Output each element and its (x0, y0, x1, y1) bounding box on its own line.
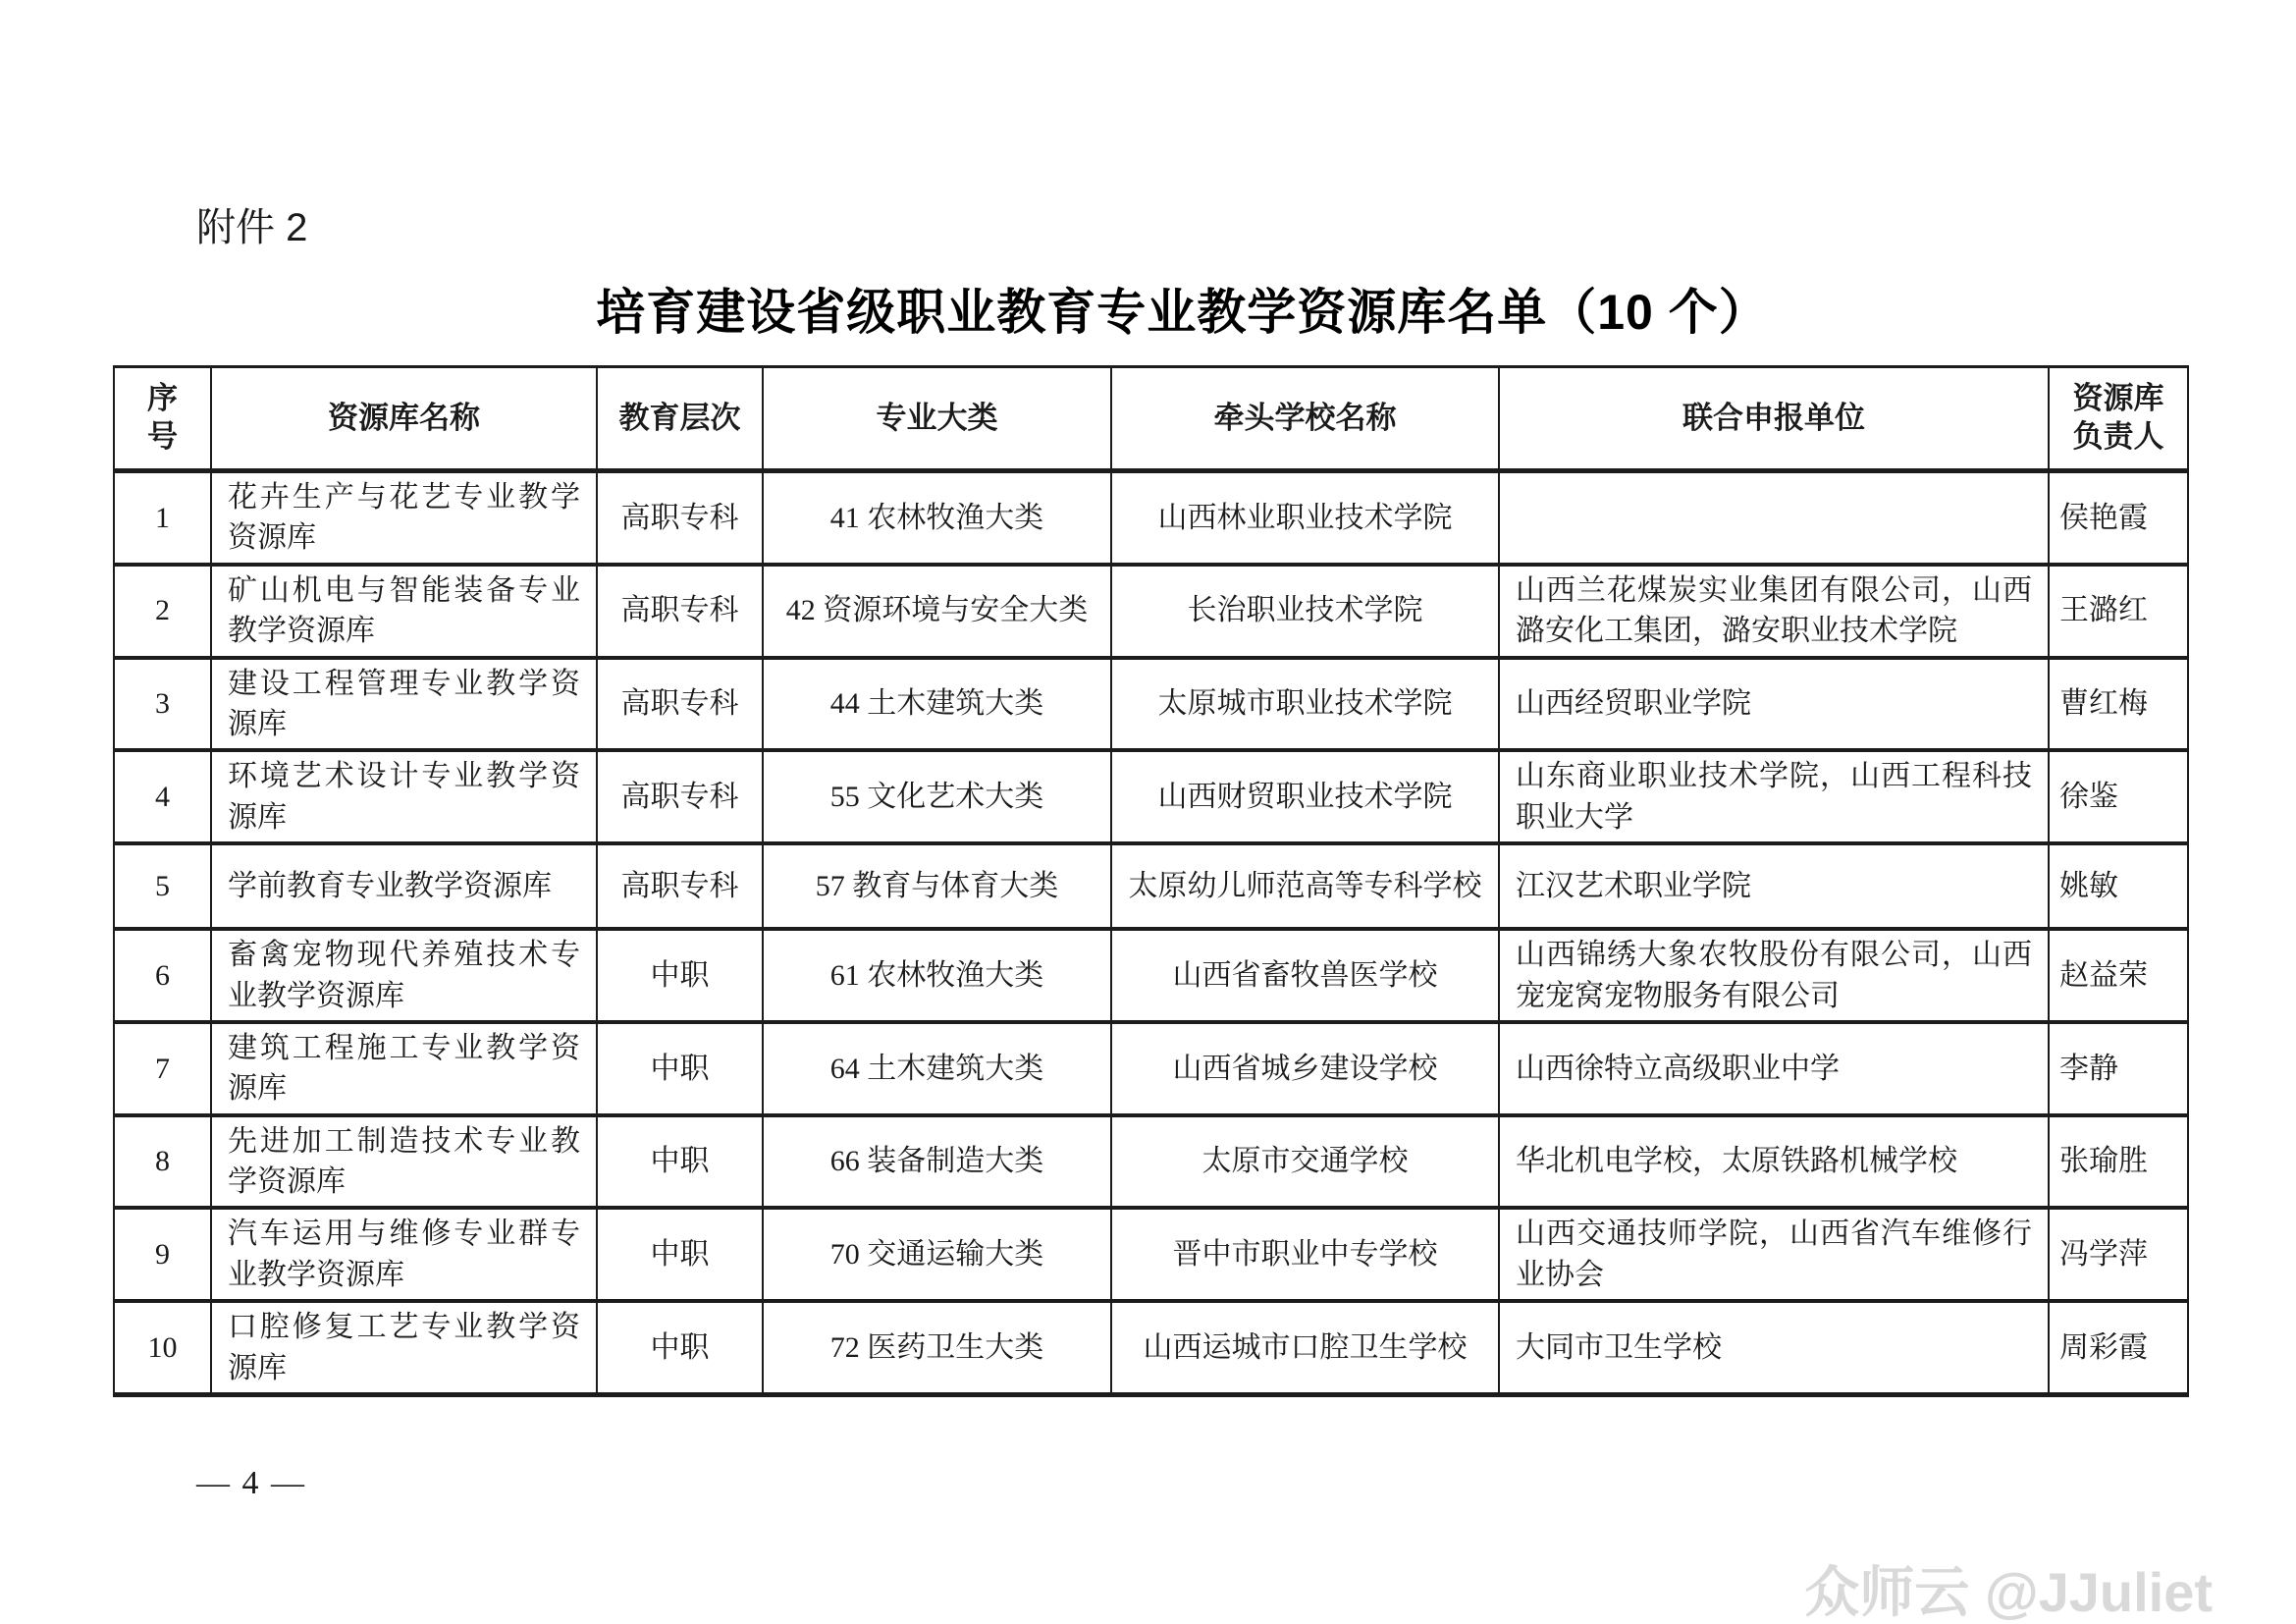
cell-education-level: 中职 (597, 1208, 763, 1301)
table-row: 8 先进加工制造技术专业教学资源库 中职 66 装备制造大类 太原市交通学校 华… (114, 1115, 2188, 1209)
cell-joint-units (1499, 471, 2049, 565)
cell-serial-number: 7 (114, 1022, 211, 1115)
cell-resource-name: 畜禽宠物现代养殖技术专业教学资源库 (211, 929, 597, 1022)
cell-education-level: 中职 (597, 1301, 763, 1394)
cell-person-in-charge: 冯学萍 (2049, 1208, 2188, 1301)
cell-joint-units: 山东商业职业技术学院，山西工程科技职业大学 (1499, 750, 2049, 843)
cell-major-category: 44 土木建筑大类 (763, 658, 1111, 751)
table-row: 1 花卉生产与花艺专业教学资源库 高职专科 41 农林牧渔大类 山西林业职业技术… (114, 471, 2188, 565)
cell-education-level: 中职 (597, 1115, 763, 1209)
cell-person-in-charge: 李静 (2049, 1022, 2188, 1115)
cell-lead-school: 山西林业职业技术学院 (1111, 471, 1499, 565)
cell-major-category: 70 交通运输大类 (763, 1208, 1111, 1301)
cell-lead-school: 太原市交通学校 (1111, 1115, 1499, 1209)
cell-lead-school: 太原幼儿师范高等专科学校 (1111, 843, 1499, 929)
cell-person-in-charge: 姚敏 (2049, 843, 2188, 929)
cell-lead-school: 太原城市职业技术学院 (1111, 658, 1499, 751)
table-row: 5 学前教育专业教学资源库 高职专科 57 教育与体育大类 太原幼儿师范高等专科… (114, 843, 2188, 929)
cell-joint-units: 山西徐特立高级职业中学 (1499, 1022, 2049, 1115)
page-number: — 4 — (196, 1465, 306, 1502)
cell-serial-number: 6 (114, 929, 211, 1022)
cell-lead-school: 山西财贸职业技术学院 (1111, 750, 1499, 843)
cell-resource-name: 矿山机电与智能装备专业教学资源库 (211, 565, 597, 658)
table-row: 10 口腔修复工艺专业教学资源库 中职 72 医药卫生大类 山西运城市口腔卫生学… (114, 1301, 2188, 1394)
cell-person-in-charge: 徐鉴 (2049, 750, 2188, 843)
cell-resource-name: 先进加工制造技术专业教学资源库 (211, 1115, 597, 1209)
header-lead-school: 牵头学校名称 (1111, 367, 1499, 471)
cell-person-in-charge: 赵益荣 (2049, 929, 2188, 1022)
cell-resource-name: 学前教育专业教学资源库 (211, 843, 597, 929)
cell-resource-name: 汽车运用与维修专业群专业教学资源库 (211, 1208, 597, 1301)
table-row: 4 环境艺术设计专业教学资源库 高职专科 55 文化艺术大类 山西财贸职业技术学… (114, 750, 2188, 843)
header-education-level: 教育层次 (597, 367, 763, 471)
cell-education-level: 高职专科 (597, 843, 763, 929)
cell-joint-units: 山西兰花煤炭实业集团有限公司，山西潞安化工集团，潞安职业技术学院 (1499, 565, 2049, 658)
cell-person-in-charge: 曹红梅 (2049, 658, 2188, 751)
cell-major-category: 57 教育与体育大类 (763, 843, 1111, 929)
cell-lead-school: 长治职业技术学院 (1111, 565, 1499, 658)
header-resource-name: 资源库名称 (211, 367, 597, 471)
cell-major-category: 42 资源环境与安全大类 (763, 565, 1111, 658)
cell-serial-number: 4 (114, 750, 211, 843)
cell-education-level: 中职 (597, 1022, 763, 1115)
cell-major-category: 61 农林牧渔大类 (763, 929, 1111, 1022)
cell-joint-units: 江汉艺术职业学院 (1499, 843, 2049, 929)
cell-major-category: 66 装备制造大类 (763, 1115, 1111, 1209)
cell-education-level: 高职专科 (597, 658, 763, 751)
cell-education-level: 中职 (597, 929, 763, 1022)
cell-serial-number: 9 (114, 1208, 211, 1301)
header-person-in-charge: 资源库 负责人 (2049, 367, 2188, 471)
cell-person-in-charge: 张瑜胜 (2049, 1115, 2188, 1209)
cell-serial-number: 8 (114, 1115, 211, 1209)
table-row: 6 畜禽宠物现代养殖技术专业教学资源库 中职 61 农林牧渔大类 山西省畜牧兽医… (114, 929, 2188, 1022)
cell-serial-number: 2 (114, 565, 211, 658)
cell-lead-school: 山西省畜牧兽医学校 (1111, 929, 1499, 1022)
header-serial-number: 序 号 (114, 367, 211, 471)
cell-resource-name: 口腔修复工艺专业教学资源库 (211, 1301, 597, 1394)
cell-joint-units: 华北机电学校，太原铁路机械学校 (1499, 1115, 2049, 1209)
table-row: 3 建设工程管理专业教学资源库 高职专科 44 土木建筑大类 太原城市职业技术学… (114, 658, 2188, 751)
cell-joint-units: 大同市卫生学校 (1499, 1301, 2049, 1394)
table-row: 2 矿山机电与智能装备专业教学资源库 高职专科 42 资源环境与安全大类 长治职… (114, 565, 2188, 658)
cell-resource-name: 建筑工程施工专业教学资源库 (211, 1022, 597, 1115)
table-row: 9 汽车运用与维修专业群专业教学资源库 中职 70 交通运输大类 晋中市职业中专… (114, 1208, 2188, 1301)
cell-joint-units: 山西锦绣大象农牧股份有限公司，山西宠宠窝宠物服务有限公司 (1499, 929, 2049, 1022)
cell-serial-number: 1 (114, 471, 211, 565)
cell-resource-name: 花卉生产与花艺专业教学资源库 (211, 471, 597, 565)
cell-major-category: 55 文化艺术大类 (763, 750, 1111, 843)
cell-major-category: 64 土木建筑大类 (763, 1022, 1111, 1115)
cell-serial-number: 10 (114, 1301, 211, 1394)
cell-person-in-charge: 周彩霞 (2049, 1301, 2188, 1394)
cell-education-level: 高职专科 (597, 750, 763, 843)
document-page: 附件 2 培育建设省级职业教育专业教学资源库名单（10 个） 序 号 资源库名称… (0, 0, 2296, 1624)
attachment-label: 附件 2 (196, 206, 307, 249)
cell-resource-name: 建设工程管理专业教学资源库 (211, 658, 597, 751)
cell-lead-school: 山西省城乡建设学校 (1111, 1022, 1499, 1115)
table-header-row: 序 号 资源库名称 教育层次 专业大类 牵头学校名称 联合申报单位 资源库 负责… (114, 367, 2188, 471)
cell-lead-school: 山西运城市口腔卫生学校 (1111, 1301, 1499, 1394)
cell-serial-number: 5 (114, 843, 211, 929)
cell-education-level: 高职专科 (597, 471, 763, 565)
table-row: 7 建筑工程施工专业教学资源库 中职 64 土木建筑大类 山西省城乡建设学校 山… (114, 1022, 2188, 1115)
cell-person-in-charge: 侯艳霞 (2049, 471, 2188, 565)
cell-person-in-charge: 王潞红 (2049, 565, 2188, 658)
cell-serial-number: 3 (114, 658, 211, 751)
cell-major-category: 41 农林牧渔大类 (763, 471, 1111, 565)
resource-library-table: 序 号 资源库名称 教育层次 专业大类 牵头学校名称 联合申报单位 资源库 负责… (113, 365, 2189, 1397)
header-major-category: 专业大类 (763, 367, 1111, 471)
cell-lead-school: 晋中市职业中专学校 (1111, 1208, 1499, 1301)
watermark: 众师云 @JJuliet (1804, 1549, 2213, 1624)
header-joint-units: 联合申报单位 (1499, 367, 2049, 471)
cell-education-level: 高职专科 (597, 565, 763, 658)
cell-resource-name: 环境艺术设计专业教学资源库 (211, 750, 597, 843)
page-title: 培育建设省级职业教育专业教学资源库名单（10 个） (0, 273, 2296, 344)
cell-joint-units: 山西经贸职业学院 (1499, 658, 2049, 751)
cell-major-category: 72 医药卫生大类 (763, 1301, 1111, 1394)
cell-joint-units: 山西交通技师学院，山西省汽车维修行业协会 (1499, 1208, 2049, 1301)
